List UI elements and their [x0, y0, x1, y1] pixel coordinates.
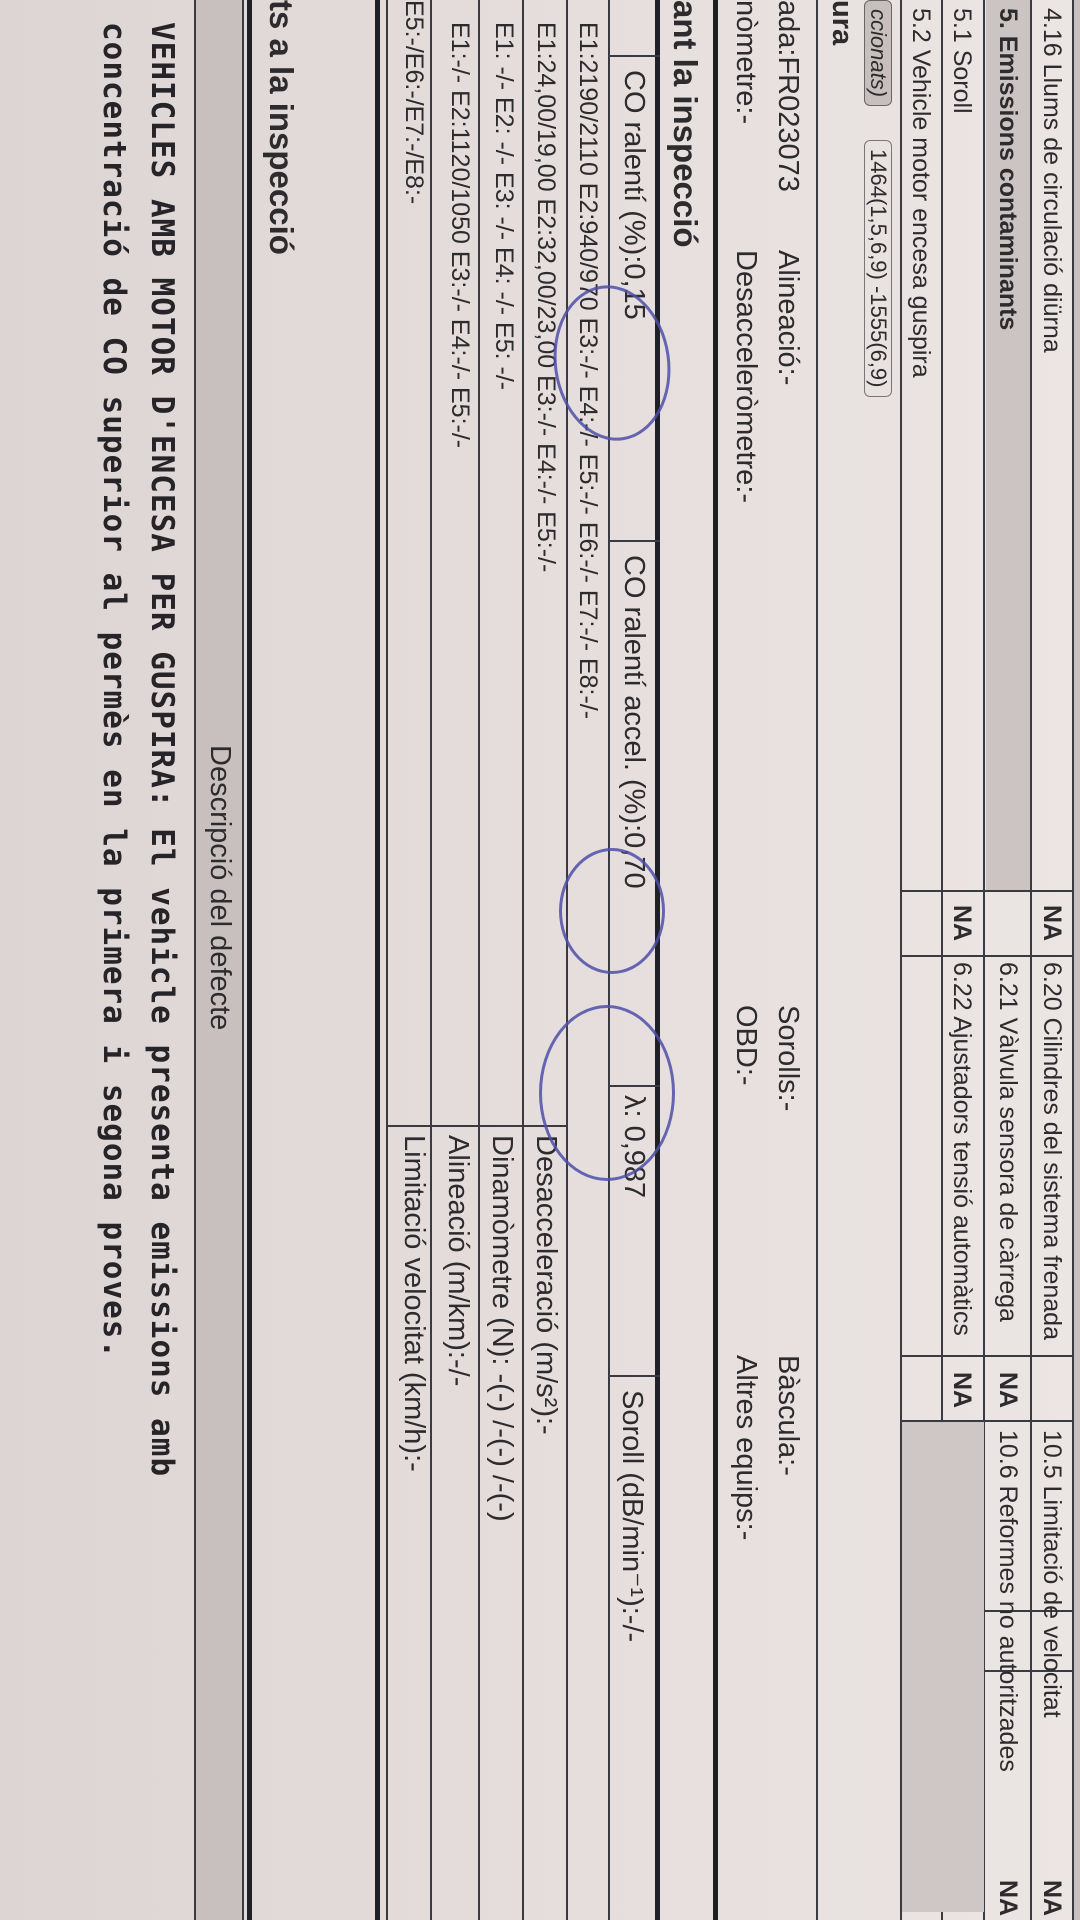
defect-description-line-2: concentració de CO superior al permès en…	[96, 22, 132, 1359]
row-10-6-label: 10.6 Reformes no autoritzades	[993, 1430, 1022, 1772]
alineacio-value: Alineació (m/km):-/-	[441, 1135, 474, 1386]
inspection-report-page: 4.16 Llums de circulació diürna NA 6.20 …	[0, 0, 1080, 1920]
measurement-row-3: E1:24,00/19,00 E2:32,00/23,00 E3:-/- E4:…	[531, 22, 560, 572]
row-10-5-status: NA	[1037, 1880, 1066, 1916]
equipment-desaccelerometre: Desacceleròmetre:-	[729, 250, 762, 503]
limitacio-velocitat-value: Limitació velocitat (km/h):-	[397, 1135, 430, 1472]
equipment-sorolls: Sorolls:-	[771, 1005, 804, 1111]
row-10-6-status: NA	[993, 1880, 1022, 1916]
row-5-1-status: NA	[947, 905, 976, 941]
row-6-21-status: NA	[993, 1372, 1022, 1408]
measurements-section-title: ant la inspecció	[666, 0, 704, 248]
equipment-section-title: ura	[825, 0, 858, 45]
section-5-emissions-heading: 5. Emissions contaminants	[993, 8, 1022, 330]
row-5-1-label: 5.1 Soroll	[947, 8, 976, 114]
row-4-16-status: NA	[1037, 905, 1066, 941]
equipment-nometre: nòmetre:-	[729, 0, 762, 124]
co-idle-value: CO ralentí (%):0,15	[617, 70, 650, 320]
pen-circle-co-accel	[559, 848, 665, 974]
row-6-22-label: 6.22 Ajustadors tensió automàtics	[947, 962, 976, 1336]
defects-section-title: ts a la inspecció	[262, 0, 300, 255]
pen-circle-lambda	[539, 1005, 675, 1181]
equipment-altres: Altres equips:-	[729, 1355, 762, 1540]
row-4-16-label: 4.16 Llums de circulació diürna	[1037, 8, 1066, 353]
equipment-obd: OBD:-	[729, 1005, 762, 1086]
measurement-row-4: E1: -/- E2: -/- E3: -/- E4: -/- E5: -/-	[489, 22, 518, 390]
desacceleracio-value: Desacceleració (m/s²):-	[529, 1135, 562, 1435]
defect-description-header: Descripció del defecte	[203, 745, 236, 1030]
measurement-row-5: E1:-/- E2:1120/1050 E3:-/- E4:-/- E5:-/-	[445, 22, 474, 448]
row-6-22-status: NA	[947, 1372, 976, 1408]
footer-tag: ccionats)	[864, 0, 892, 106]
equipment-bascula: Bàscula:-	[771, 1355, 804, 1476]
defect-description-line-1: VEHICLES AMB MOTOR D'ENCESA PER GUSPIRA:…	[144, 22, 180, 1477]
measurement-row-6: E5:-/E6:-/E7:-/E8:-	[399, 0, 428, 204]
equipment-alineacio: Alineació:-	[771, 250, 804, 385]
row-5-2-label: 5.2 Vehicle motor encesa guspira	[906, 8, 935, 378]
dinamometre-value: Dinamòmetre (N): -(-) /-(-) /-(-)	[485, 1135, 518, 1522]
row-10-5-label: 10.5 Limitació de velocitat	[1037, 1430, 1066, 1718]
noise-value: Soroll (dB/min⁻¹):-/-	[615, 1390, 650, 1642]
row-6-21-label: 6.21 Vàlvula sensora de càrrega	[993, 962, 1022, 1322]
co-idle-accel-value: CO ralentí accel. (%):0,70	[617, 555, 650, 889]
footer-value: 1464(1,5,6,9) -1555(6,9)	[864, 140, 892, 397]
row-6-20-label: 6.20 Cilindres del sistema frenada	[1037, 962, 1066, 1340]
equipment-id: ada:FR023073	[771, 0, 804, 192]
